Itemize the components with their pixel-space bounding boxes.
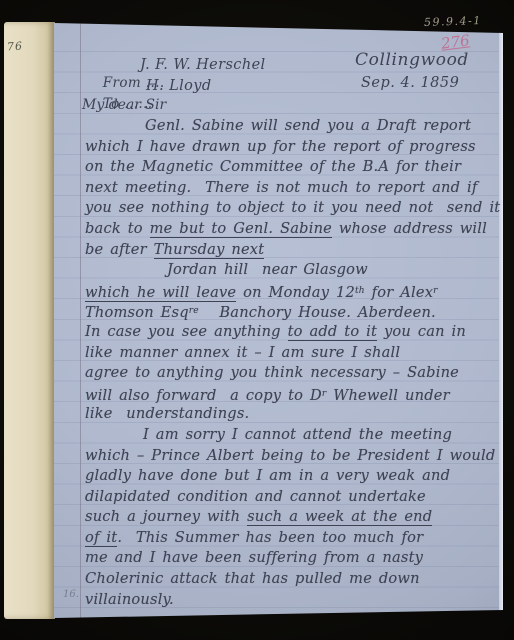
letter-line: back to me but to Genl. Sabine whose add… [85, 219, 497, 240]
text-segment: you can in [377, 323, 466, 340]
letter-line: Jordan hill near Glasgow [85, 260, 497, 281]
text-segment: like manner annex it – I am sure I shall [85, 344, 400, 361]
text-segment: me and I have been suffering from a nast… [85, 549, 423, 566]
text-segment: re [189, 306, 199, 316]
margin-rule [80, 14, 81, 618]
text-segment: such a journey with [85, 508, 247, 525]
to-name: H. Lloyd [146, 78, 212, 94]
text-segment: next meeting. There is not much to repor… [85, 179, 478, 196]
underlined-phrase: me but to Genl. Sabine [150, 220, 332, 238]
text-segment: for Alex [365, 284, 433, 301]
letter-line: which he will leave on Monday 12th for A… [85, 281, 497, 302]
underlined-phrase: of it [85, 529, 117, 547]
text-segment: Banchory House. Aberdeen. [199, 304, 436, 321]
letter-line: will also forward a copy to Dr Whewell u… [85, 384, 497, 405]
text-segment: Jordan hill near Glasgow [167, 261, 368, 278]
text-segment: be after [85, 241, 154, 258]
underlined-phrase: such a week at the end [247, 508, 432, 526]
salutation: My dear Sir [82, 97, 166, 113]
from-name: J. F. W. Herschel [140, 57, 266, 73]
text-segment: In case you see anything [85, 323, 288, 340]
text-segment: like understandings. [85, 405, 249, 422]
text-segment: villainously. [85, 591, 174, 608]
letter-line: I am sorry I cannot attend the meeting [85, 425, 497, 446]
text-segment: back to [85, 220, 150, 237]
text-segment: you see nothing to object to it you need… [85, 199, 500, 216]
text-segment: dilapidated condition and cannot underta… [85, 488, 426, 505]
letter-line: Thomson Esqre Banchory House. Aberdeen. [85, 301, 497, 322]
page-right-edge [499, 14, 503, 618]
text-segment: r [433, 286, 438, 296]
margin-number-top-left: 76 [7, 39, 24, 53]
text-segment: . This Summer has been too much for [117, 529, 423, 546]
letter-line: Cholerinic attack that has pulled me dow… [85, 569, 497, 590]
text-segment: Thomson Esq [85, 304, 189, 321]
page-number-annotation: 276 [440, 31, 471, 52]
text-segment: on the Magnetic Committee of the B.A for… [85, 158, 461, 175]
letter-line: such a journey with such a week at the e… [85, 507, 497, 528]
text-segment: I am sorry I cannot attend the meeting [143, 426, 452, 443]
page-edge-strip: 76 [4, 22, 55, 619]
text-segment: whose address will [332, 220, 487, 237]
photo-background: 76 59.9.4-1 276 16. From .... J. F. W. H… [0, 0, 514, 640]
letter-line: be after Thursday next [85, 240, 497, 261]
letter-line: agree to anything you think necessary – … [85, 363, 497, 384]
text-segment: Genl. Sabine will send you a Draft repor… [145, 117, 471, 134]
letter-line: next meeting. There is not much to repor… [85, 178, 497, 199]
text-segment: Cholerinic attack that has pulled me dow… [85, 570, 420, 587]
letter-line: which I have drawn up for the report of … [85, 137, 497, 158]
letter-line: which – Prince Albert being to be Presid… [85, 446, 497, 467]
text-segment: will also forward a copy to D [85, 387, 322, 404]
underlined-phrase: to add to it [288, 323, 378, 341]
place-line: Collingwood [355, 50, 469, 70]
letter-line: villainously. [85, 590, 497, 611]
margin-number-bottom-left: 16. [63, 589, 79, 600]
letter-line: on the Magnetic Committee of the B.A for… [85, 157, 497, 178]
text-segment: agree to anything you think necessary – … [85, 364, 459, 381]
letter-line: me and I have been suffering from a nast… [85, 548, 497, 569]
text-segment: on Monday 12 [236, 284, 355, 301]
underlined-phrase: which he will leave [85, 284, 236, 302]
letter-body: Genl. Sabine will send you a Draft repor… [85, 116, 497, 610]
letter-line: dilapidated condition and cannot underta… [85, 487, 497, 508]
letter-line: Genl. Sabine will send you a Draft repor… [85, 116, 497, 137]
letter-line: like understandings. [85, 404, 497, 425]
letter-line: gladly have done but I am in a very weak… [85, 466, 497, 487]
text-segment: which – Prince Albert being to be Presid… [85, 447, 495, 464]
date-line: Sep. 4. 1859 [361, 75, 459, 91]
catalog-number: 59.9.4-1 [424, 14, 482, 29]
text-segment: which I have drawn up for the report of … [85, 138, 476, 155]
letter-line: of it. This Summer has been too much for [85, 528, 497, 549]
text-segment: Whewell under [326, 387, 449, 404]
letter-line: like manner annex it – I am sure I shall [85, 343, 497, 364]
letter-line: In case you see anything to add to it yo… [85, 322, 497, 343]
letter-line: you see nothing to object to it you need… [85, 198, 497, 219]
text-segment: gladly have done but I am in a very weak… [85, 467, 450, 484]
text-segment: th [355, 286, 365, 296]
underlined-phrase: Thursday next [154, 241, 265, 259]
